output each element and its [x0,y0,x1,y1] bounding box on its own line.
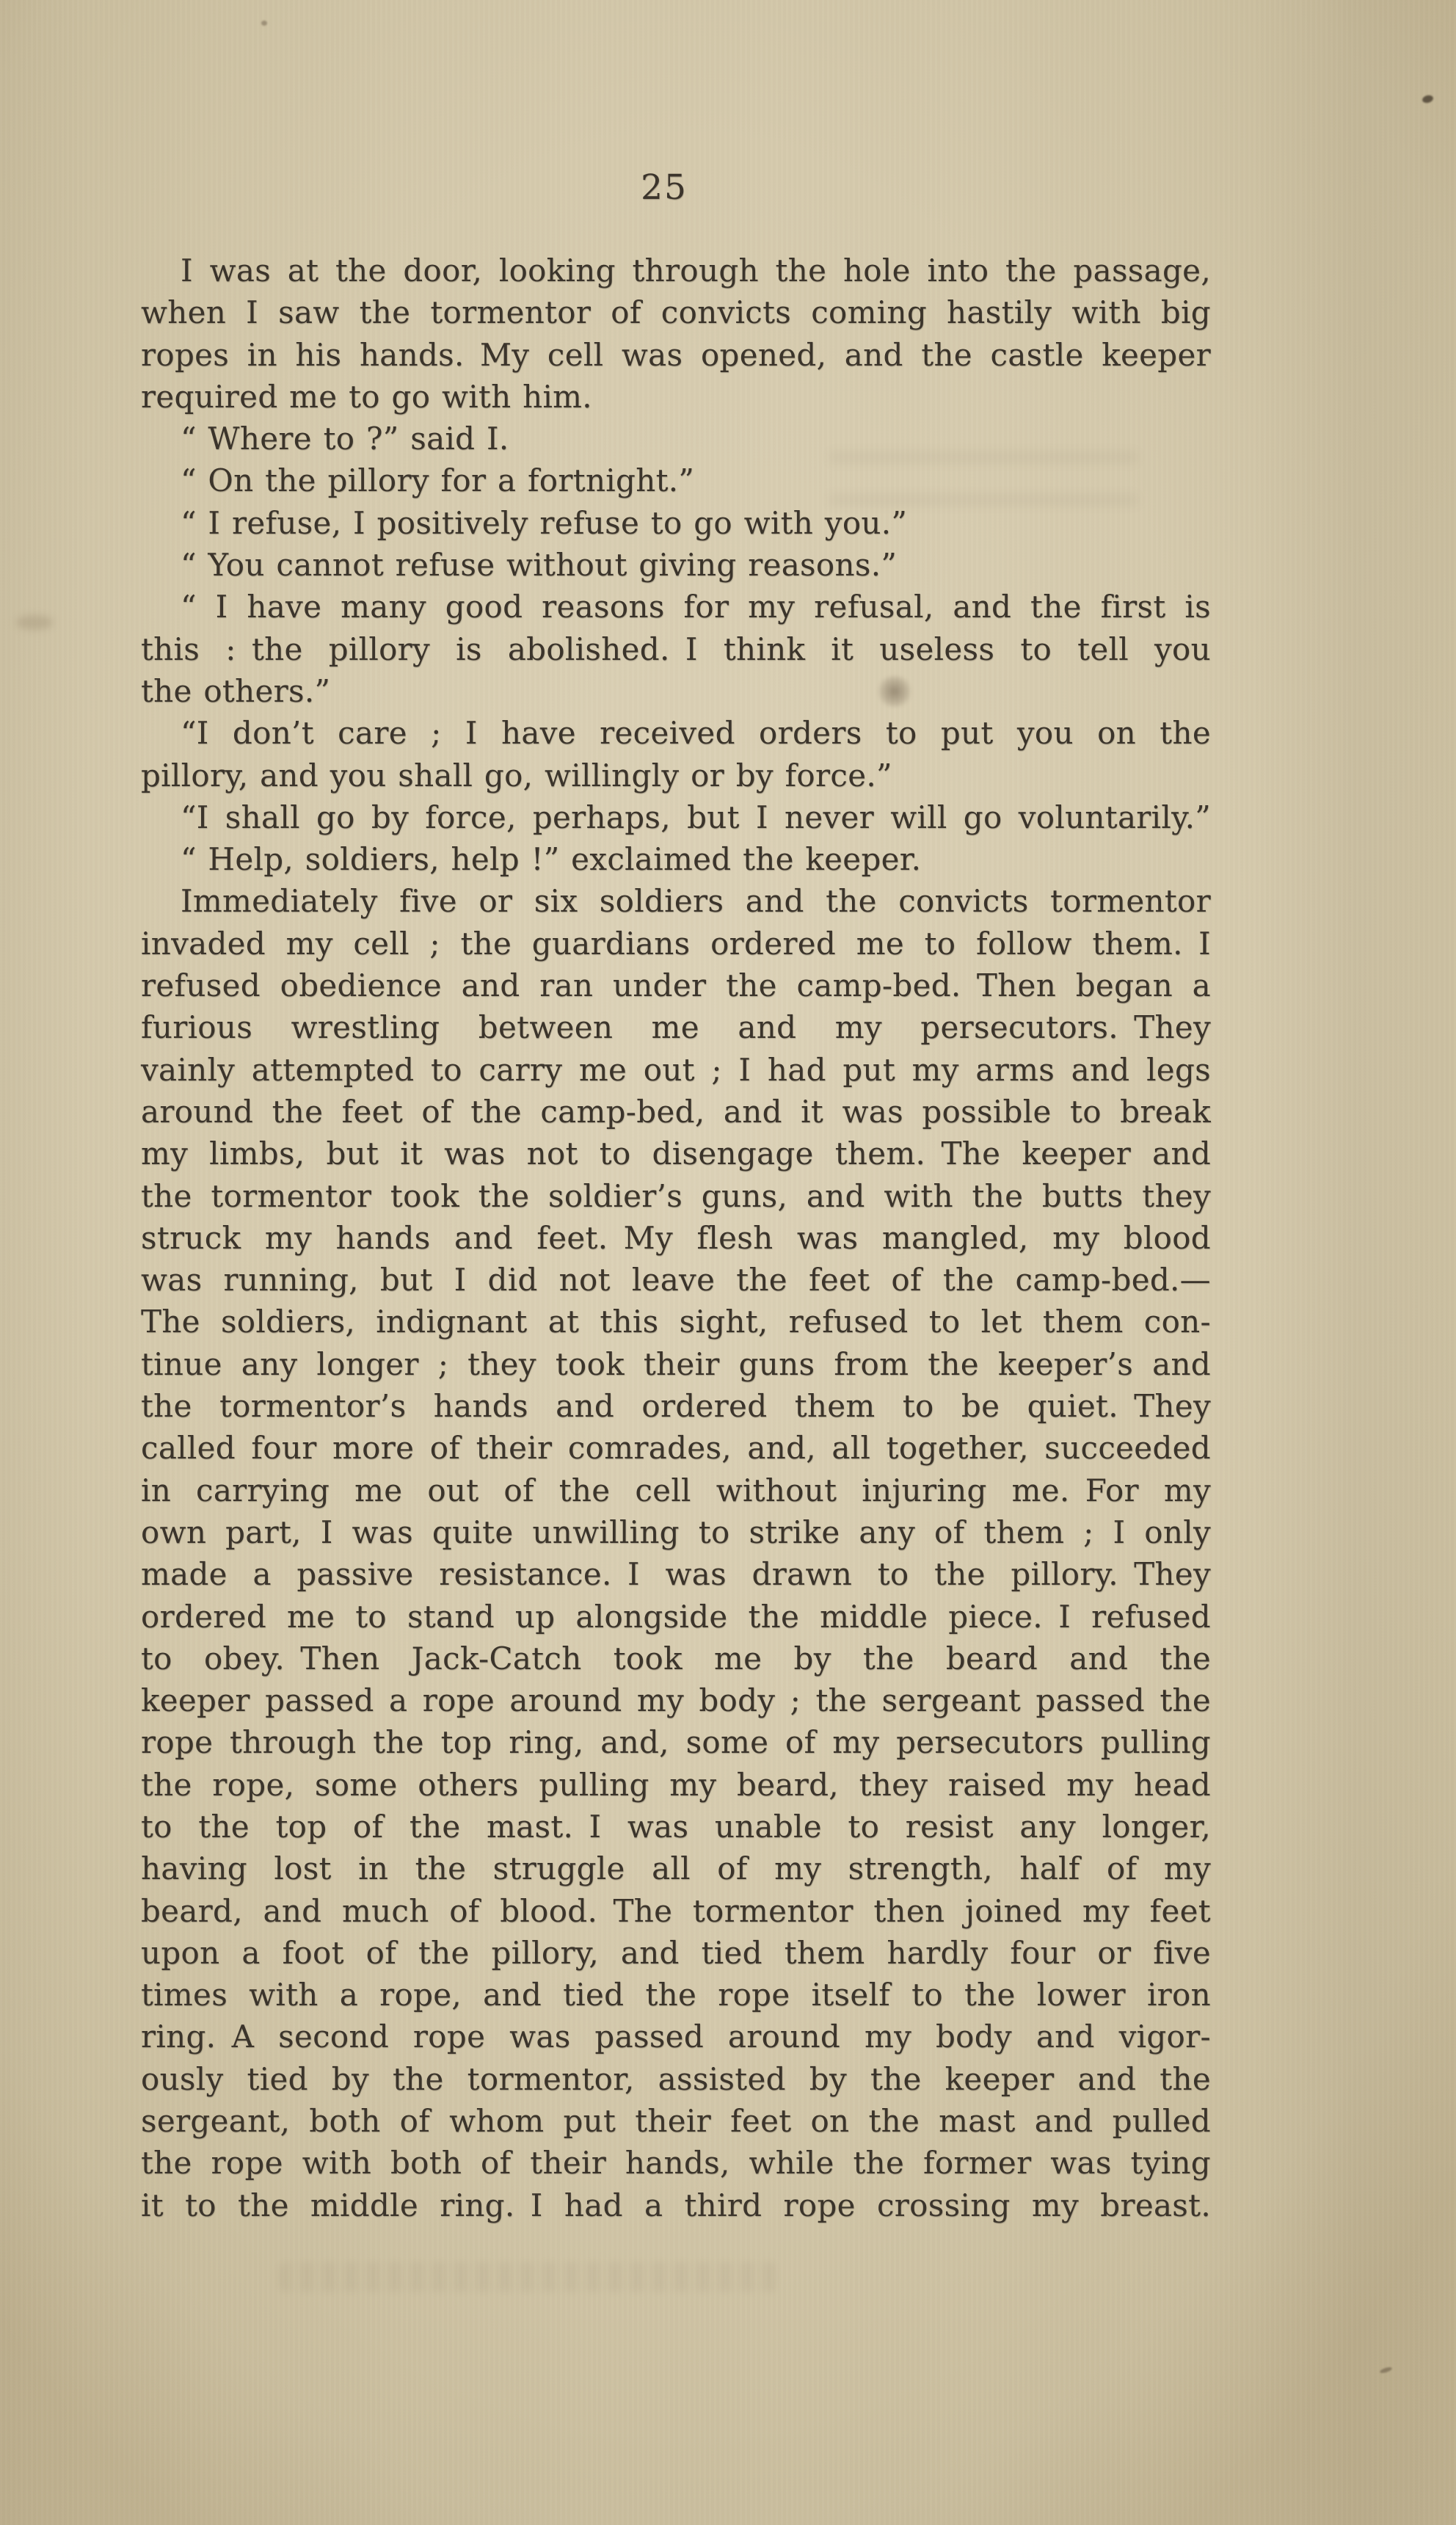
text-line: upon a foot of the pillory, and tied the… [141,1932,1211,1974]
text-line: Immediately five or six soldiers and the… [141,880,1211,922]
page-number: 25 [129,167,1199,208]
text-line: in carrying me out of the cell without i… [141,1469,1211,1511]
text-line: ously tied by the tormentor, assisted by… [141,2058,1211,2100]
ink-smudge [876,675,913,708]
text-line: “I don’t care ; I have received orders t… [141,712,1211,754]
text-line: beard, and much of blood. The tormentor … [141,1890,1211,1932]
text-line: “I shall go by force, perhaps, but I nev… [141,796,1211,838]
margin-smudge [16,615,53,630]
ink-speck-bottom-right [1379,2366,1392,2375]
text-line: “ Where to ?” said I. [141,418,1211,459]
text-line: rope through the top ring, and, some of … [141,1721,1211,1763]
text-line: sergeant, both of whom put their feet on… [141,2100,1211,2142]
text-line: “ You cannot refuse without giving reaso… [141,544,1211,586]
text-line: own part, I was quite unwilling to strik… [141,1511,1211,1553]
text-line: to obey. Then Jack-Catch took me by the … [141,1638,1211,1679]
text-line: my limbs, but it was not to disengage th… [141,1133,1211,1174]
text-line: pillory, and you shall go, willingly or … [141,755,1211,796]
text-line: ropes in his hands. My cell was opened, … [141,334,1211,376]
text-line: vainly attempted to carry me out ; I had… [141,1049,1211,1091]
text-line: the others.” [141,670,1211,712]
text-line: “ Help, soldiers, help !” exclaimed the … [141,838,1211,880]
text-line: called four more of their comrades, and,… [141,1427,1211,1469]
bleed-through-ghost-bottom [279,2262,778,2292]
text-line: the rope with both of their hands, while… [141,2142,1211,2184]
text-line: keeper passed a rope around my body ; th… [141,1679,1211,1721]
text-line: I was at the door, looking through the h… [141,250,1211,291]
text-line: the tormentor took the soldier’s guns, a… [141,1175,1211,1217]
text-line: tinue any longer ; they took their guns … [141,1343,1211,1385]
book-page: 25 I was at the door, looking through th… [0,0,1456,2525]
text-line: “ On the pillory for a fortnight.” [141,459,1211,501]
text-line: “ I refuse, I positively refuse to go wi… [141,502,1211,544]
text-line: the rope, some others pulling my beard, … [141,1764,1211,1806]
text-line: times with a rope, and tied the rope its… [141,1974,1211,2016]
text-line: ring. A second rope was passed around my… [141,2016,1211,2057]
text-line: “ I have many good reasons for my refusa… [141,586,1211,628]
ink-speck-top-left [261,21,267,26]
text-block: I was at the door, looking through the h… [141,250,1211,2226]
text-line: having lost in the struggle all of my st… [141,1848,1211,1889]
text-line: the tormentor’s hands and ordered them t… [141,1385,1211,1427]
text-line: struck my hands and feet. My flesh was m… [141,1217,1211,1259]
text-line: invaded my cell ; the guardians ordered … [141,923,1211,964]
text-line: The soldiers, indignant at this sight, r… [141,1301,1211,1343]
text-line: it to the middle ring. I had a third rop… [141,2184,1211,2226]
text-line: ordered me to stand up alongside the mid… [141,1596,1211,1638]
text-line: this : the pillory is abolished. I think… [141,628,1211,670]
text-line: when I saw the tormentor of convicts com… [141,291,1211,333]
text-line: made a passive resistance. I was drawn t… [141,1553,1211,1595]
ink-speck-top-right [1422,94,1434,104]
text-line: to the top of the mast. I was unable to … [141,1806,1211,1848]
text-line: furious wrestling between me and my pers… [141,1006,1211,1048]
text-line: required me to go with him. [141,376,1211,418]
text-line: refused obedience and ran under the camp… [141,964,1211,1006]
text-line: around the feet of the camp-bed, and it … [141,1091,1211,1133]
text-line: was running, but I did not leave the fee… [141,1259,1211,1301]
